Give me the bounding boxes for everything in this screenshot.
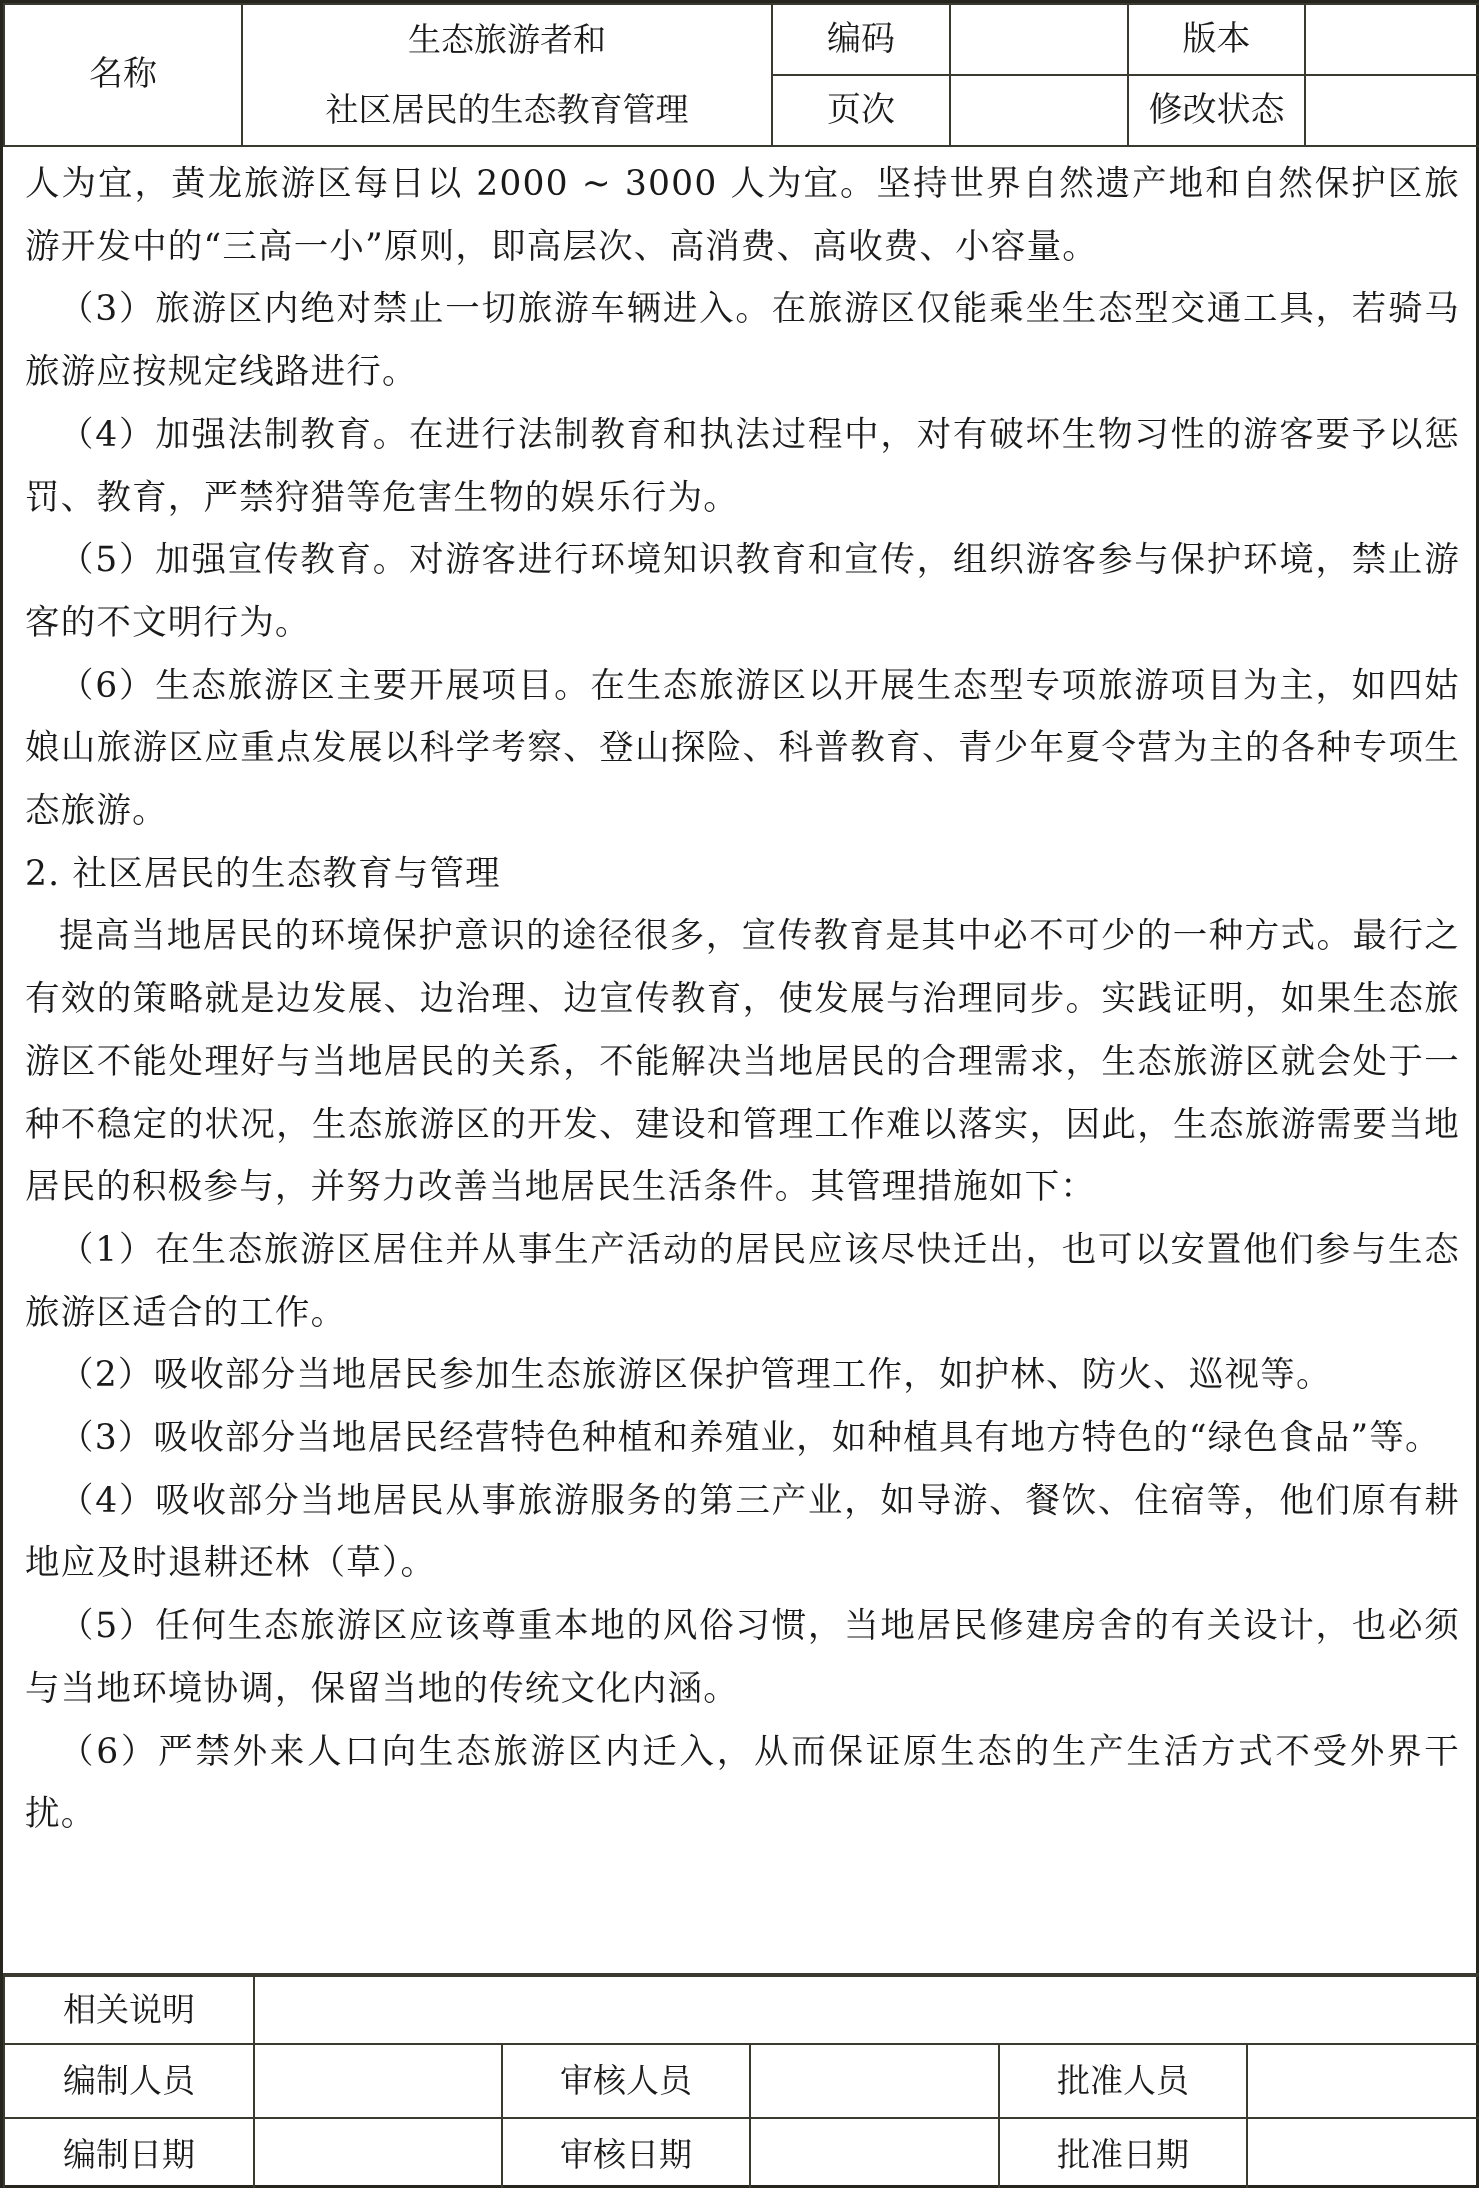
document-title: 生态旅游者和 社区居民的生态教育管理 (242, 4, 772, 146)
paragraph-item-3-vehicles: （3）旅游区内绝对禁止一切旅游车辆进入。在旅游区仅能乘坐生态型交通工具，若骑马旅… (25, 278, 1460, 403)
reviewed-by-value (750, 2044, 999, 2118)
paragraph-measure-4: （4）吸收部分当地居民从事旅游服务的第三产业，如导游、餐饮、住宿等，他们原有耕地… (25, 1470, 1460, 1595)
paragraph-measure-6: （6）严禁外来人口向生态旅游区内迁入，从而保证原生态的生产生活方式不受外界干扰。 (25, 1721, 1460, 1846)
page-label: 页次 (772, 75, 950, 146)
prepared-date-value (254, 2118, 502, 2188)
page-value (950, 75, 1128, 146)
reviewed-date-value (750, 2118, 999, 2188)
code-label: 编码 (772, 4, 950, 75)
revision-status-label: 修改状态 (1128, 75, 1305, 146)
code-value (950, 4, 1128, 75)
document-title-line-1: 生态旅游者和 (243, 5, 771, 75)
version-value (1305, 4, 1479, 75)
approved-by-label: 批准人员 (999, 2044, 1247, 2118)
prepared-by-value (254, 2044, 502, 2118)
paragraph-measure-5: （5）任何生态旅游区应该尊重本地的风俗习惯，当地居民修建房舍的有关设计，也必须与… (25, 1595, 1460, 1720)
name-label: 名称 (4, 4, 242, 146)
version-label: 版本 (1128, 4, 1305, 75)
document-footer-table: 相关说明 编制人员 审核人员 批准人员 编制日期 审核日期 批准日期 (3, 1975, 1479, 2188)
document-body: 人为宜，黄龙旅游区每日以 2000 ~ 3000 人为宜。坚持世界自然遗产地和自… (3, 145, 1479, 1975)
paragraph-measure-3: （3）吸收部分当地居民经营特色种植和养殖业，如种植具有地方特色的“绿色食品”等。 (25, 1407, 1460, 1470)
prepared-by-label: 编制人员 (4, 2044, 254, 2118)
reviewed-date-label: 审核日期 (502, 2118, 750, 2188)
paragraph-continuation: 人为宜，黄龙旅游区每日以 2000 ~ 3000 人为宜。坚持世界自然遗产地和自… (25, 153, 1460, 278)
paragraph-community-intro: 提高当地居民的环境保护意识的途径很多，宣传教育是其中必不可少的一种方式。最行之有… (25, 905, 1460, 1219)
approved-date-label: 批准日期 (999, 2118, 1247, 2188)
section-heading-community-residents: 2. 社区居民的生态教育与管理 (25, 843, 1460, 906)
related-notes-label: 相关说明 (4, 1976, 254, 2044)
reviewed-by-label: 审核人员 (502, 2044, 750, 2118)
document-page: 名称 生态旅游者和 社区居民的生态教育管理 编码 版本 页次 修改状态 人为宜，… (0, 0, 1479, 2188)
paragraph-measure-2: （2）吸收部分当地居民参加生态旅游区保护管理工作，如护林、防火、巡视等。 (25, 1344, 1460, 1407)
related-notes-value (254, 1976, 1479, 2044)
approved-date-value (1247, 2118, 1479, 2188)
approved-by-value (1247, 2044, 1479, 2118)
document-title-line-2: 社区居民的生态教育管理 (243, 75, 771, 145)
paragraph-item-5-publicity-education: （5）加强宣传教育。对游客进行环境知识教育和宣传，组织游客参与保护环境，禁止游客… (25, 529, 1460, 654)
paragraph-item-6-main-projects: （6）生态旅游区主要开展项目。在生态旅游区以开展生态型专项旅游项目为主，如四姑娘… (25, 655, 1460, 843)
document-header-table: 名称 生态旅游者和 社区居民的生态教育管理 编码 版本 页次 修改状态 (3, 3, 1479, 147)
prepared-date-label: 编制日期 (4, 2118, 254, 2188)
revision-status-value (1305, 75, 1479, 146)
paragraph-measure-1: （1）在生态旅游区居住并从事生产活动的居民应该尽快迁出，也可以安置他们参与生态旅… (25, 1219, 1460, 1344)
paragraph-item-4-legal-education: （4）加强法制教育。在进行法制教育和执法过程中，对有破坏生物习性的游客要予以惩罚… (25, 404, 1460, 529)
